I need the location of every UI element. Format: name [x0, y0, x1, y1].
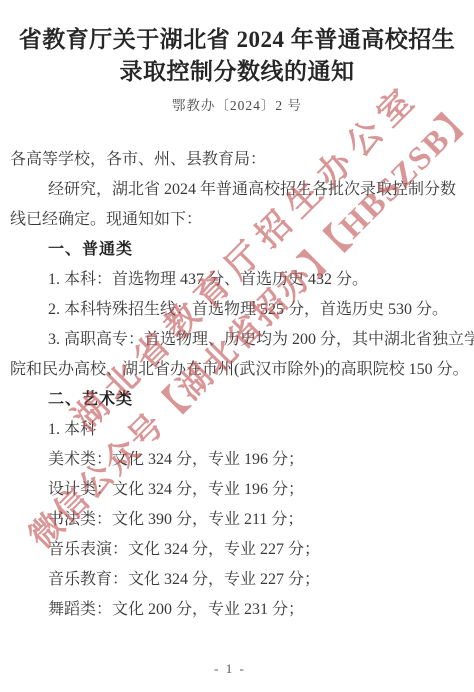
- body-line: 线已经确定。现通知如下：: [10, 205, 468, 235]
- salutation-line: 各高等学校，各市、州、县教育局：: [10, 145, 468, 175]
- document-title-line-1: 省教育厅关于湖北省 2024 年普通高校招生: [0, 24, 474, 56]
- body-line: 舞蹈类：文化 200 分，专业 231 分；: [10, 595, 468, 625]
- body-line: 1. 本科: [10, 415, 468, 445]
- page-number: - 1 -: [0, 661, 460, 677]
- body-line: 3. 高职高专：首选物理、历史均为 200 分，其中湖北省独立学: [10, 325, 468, 355]
- section-heading-2: 二、艺术类: [10, 385, 468, 415]
- body-line: 院和民办高校、湖北省办在市州(武汉市除外)的高职院校 150 分。: [10, 355, 468, 385]
- body-line: 2. 本科特殊招生线：首选物理 525 分，首选历史 530 分。: [10, 295, 468, 325]
- body-line: 书法类：文化 390 分，专业 211 分；: [10, 505, 468, 535]
- body-line: 设计类：文化 324 分，专业 196 分；: [10, 475, 468, 505]
- body-line: 1. 本科：首选物理 437 分、首选历史 432 分。: [10, 265, 468, 295]
- section-heading-1: 一、普通类: [10, 235, 468, 265]
- body-line: 经研究，湖北省 2024 年普通高校招生各批次录取控制分数: [10, 175, 468, 205]
- document-page: 湖北省教育厅招生办公室 微信公众号【湖北省招办】【HBSZSB】 省教育厅关于湖…: [0, 0, 474, 692]
- document-number: 鄂教办〔2024〕2 号: [0, 97, 474, 114]
- document-title: 省教育厅关于湖北省 2024 年普通高校招生 录取控制分数线的通知: [0, 24, 474, 88]
- document-title-line-2: 录取控制分数线的通知: [0, 56, 474, 88]
- body-line: 美术类：文化 324 分，专业 196 分；: [10, 445, 468, 475]
- body-line: 音乐教育：文化 324 分，专业 227 分；: [10, 565, 468, 595]
- document-body: 各高等学校，各市、州、县教育局： 经研究，湖北省 2024 年普通高校招生各批次…: [10, 145, 468, 625]
- body-line: 音乐表演：文化 324 分，专业 227 分；: [10, 535, 468, 565]
